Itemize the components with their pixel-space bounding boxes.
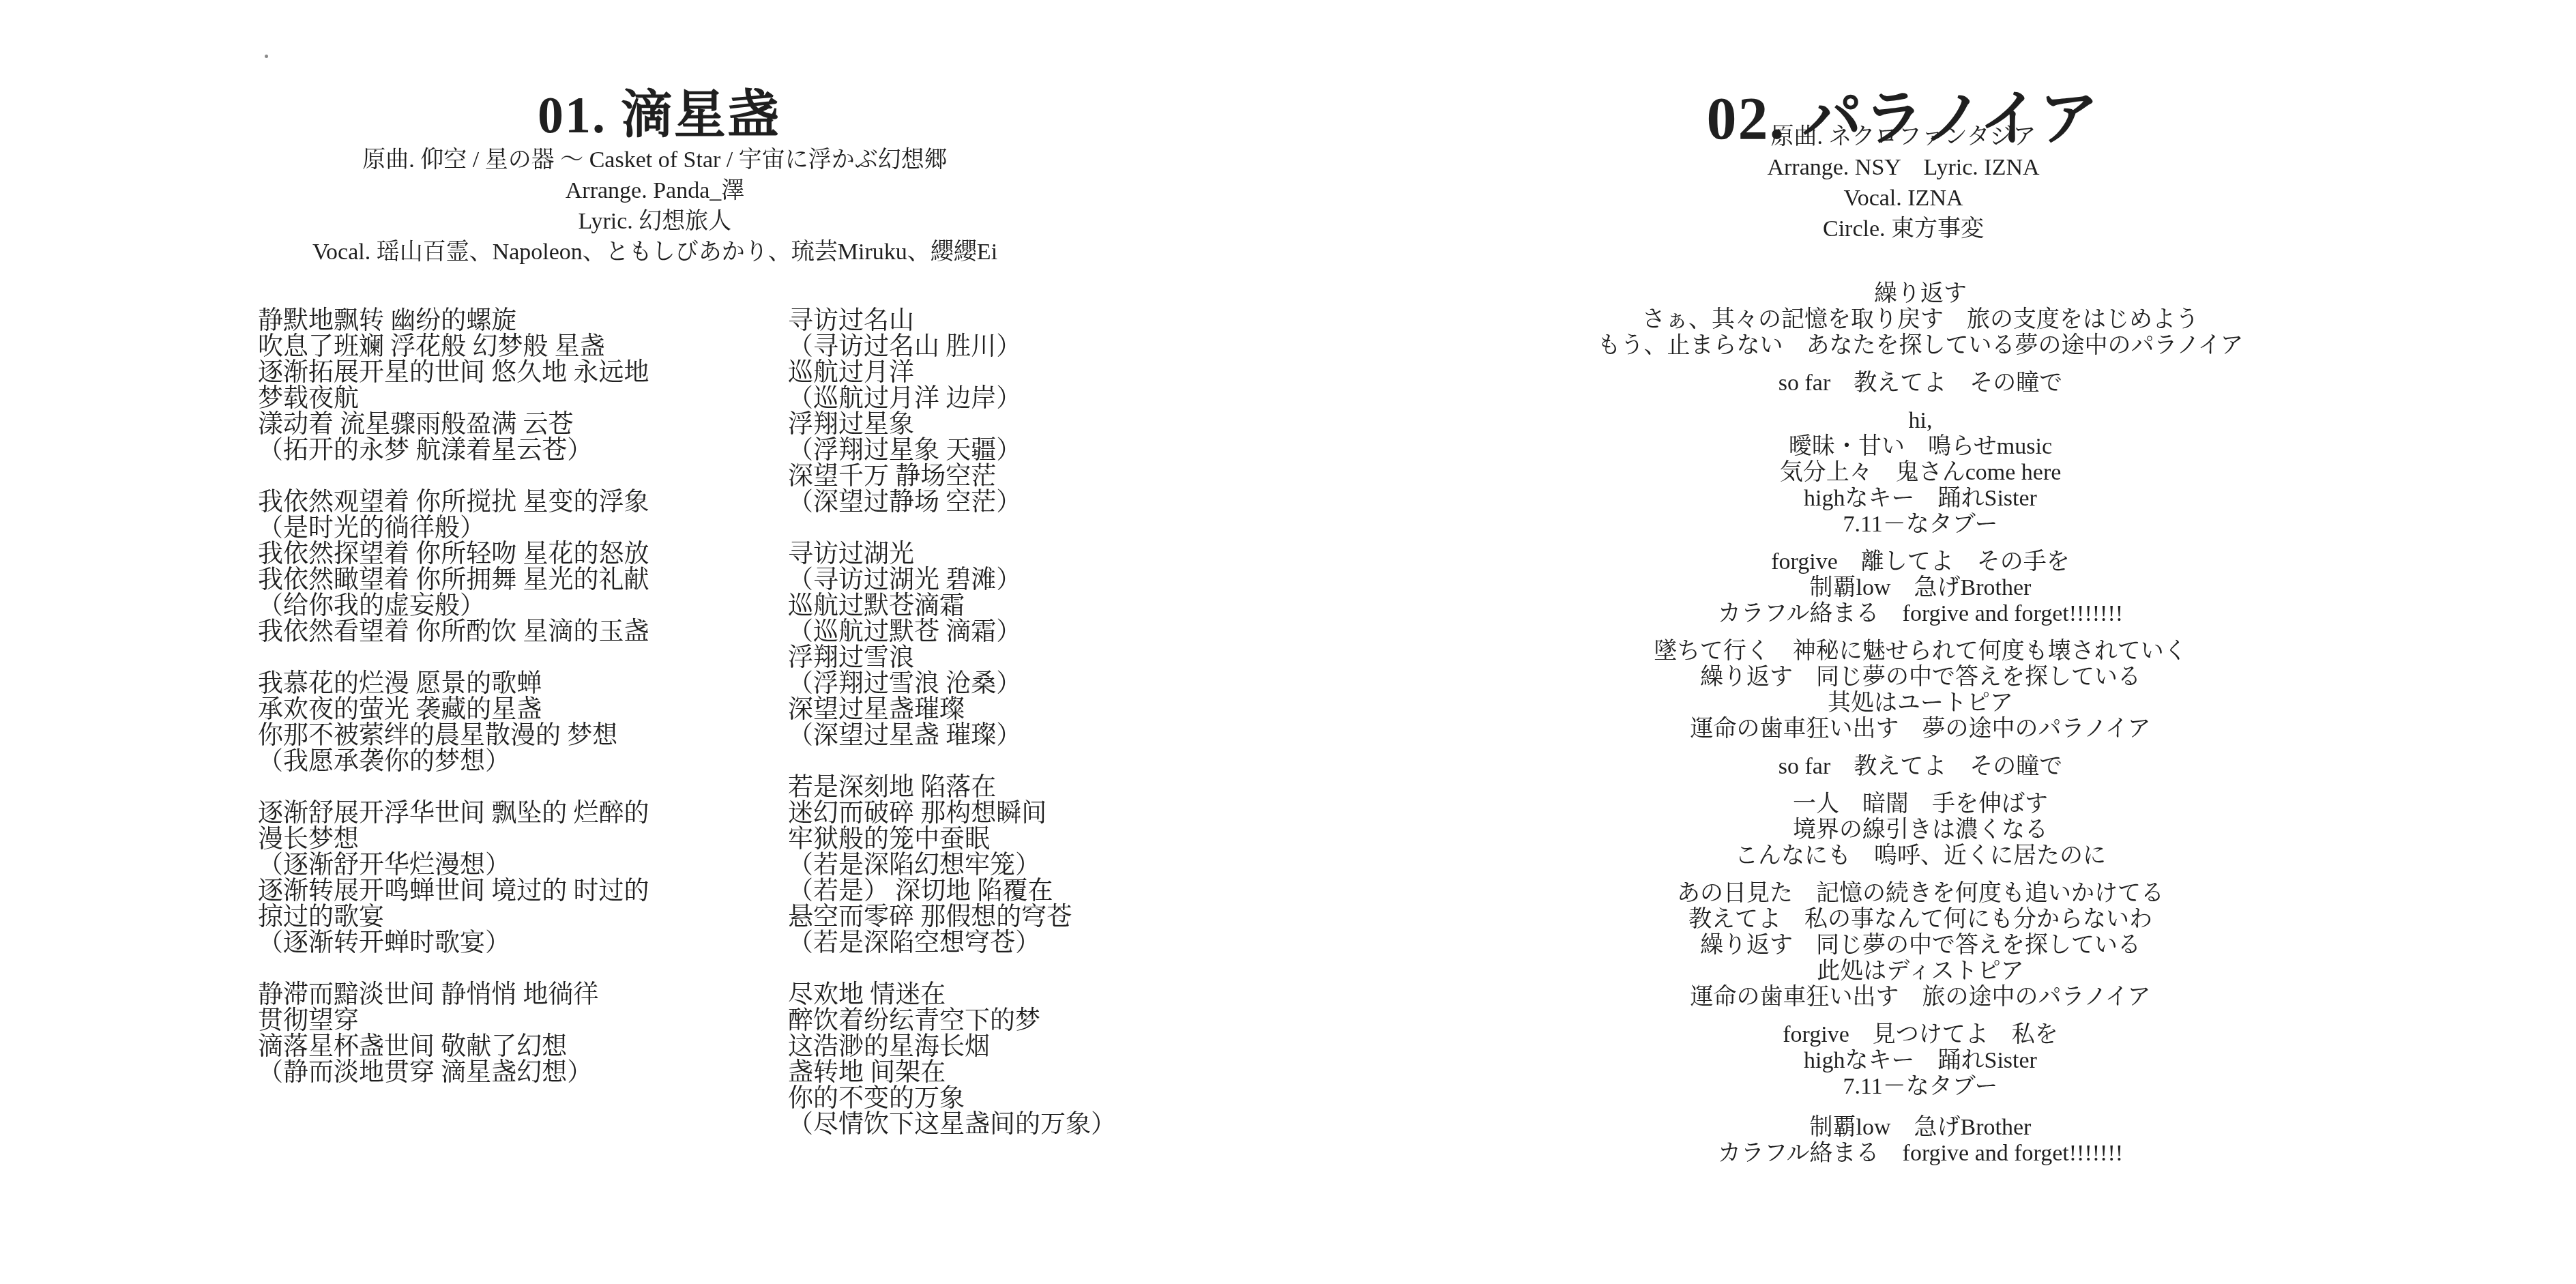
lyric-line: so far 教えてよ その瞳で bbox=[1443, 754, 2398, 780]
lyric-line: （尽情饮下这星盏间的万象） bbox=[788, 1112, 1320, 1138]
lyric-line: （若是深陷空想穹苍） bbox=[788, 931, 1320, 957]
lyric-line: 迷幻而破碎 那构想瞬间 bbox=[788, 801, 1320, 827]
lyric-line: 承欢夜的萤光 袭藏的星盏 bbox=[258, 697, 790, 723]
stanza: 逐渐舒展开浮华世间 飘坠的 烂醉的漫长梦想（逐渐舒开华烂漫想）逐渐转展开鸣蝉世间… bbox=[258, 801, 790, 957]
lyric-line: 滴落星杯盏世间 敬献了幻想 bbox=[258, 1034, 790, 1060]
stanza: hi,曖昧・甘い 鳴らせmusic気分上々 鬼さんcome herehighなキ… bbox=[1443, 408, 2398, 538]
lyric-line: 寻访过名山 bbox=[788, 308, 1320, 334]
lyric-line: （逐渐转开蝉时歌宴） bbox=[258, 931, 790, 957]
lyric-line: 制覇low 急げBrother bbox=[1443, 575, 2398, 601]
lyric-line: （若是深陷幻想牢笼） bbox=[788, 853, 1320, 879]
stanza: 我慕花的烂漫 愿景的歌蝉承欢夜的萤光 袭藏的星盏你那不被萦绊的晨星散漫的 梦想（… bbox=[258, 671, 790, 775]
lyric-line: forgive 離してよ その手を bbox=[1443, 549, 2398, 575]
lyric-line: 梦载夜航 bbox=[258, 386, 790, 412]
stanza: 一人 暗闇 手を伸ばす境界の線引きは濃くなるこんなにも 嗚呼、近くに居たのに bbox=[1443, 791, 2398, 869]
lyric-line: （给你我的虚妄般） bbox=[258, 594, 790, 619]
credit-line: 原曲. ネクロファンタジア bbox=[1426, 121, 2381, 152]
lyric-line: 深望千万 静场空茫 bbox=[788, 464, 1320, 490]
lyrics-booklet-page: 01. 滴星盏 原曲. 仰空 / 星の器 ～ Casket of Star / … bbox=[0, 0, 2576, 1284]
lyric-line: （巡航过默苍 滴霜） bbox=[788, 619, 1320, 645]
lyric-line: 逐渐转展开鸣蝉世间 境过的 时过的 bbox=[258, 879, 790, 905]
lyric-line: 我依然瞰望着 你所拥舞 星光的礼献 bbox=[258, 568, 790, 594]
lyric-line: 巡航过默苍滴霜 bbox=[788, 594, 1320, 619]
lyric-line: 若是深刻地 陷落在 bbox=[788, 775, 1320, 801]
lyric-line: 気分上々 鬼さんcome here bbox=[1443, 460, 2398, 486]
lyric-line: 我依然看望着 你所酌饮 星滴的玉盏 bbox=[258, 619, 790, 645]
lyric-line: 醉饮着纷纭青空下的梦 bbox=[788, 1008, 1320, 1034]
lyric-line: 我依然观望着 你所搅扰 星变的浮象 bbox=[258, 490, 790, 516]
lyric-line: 繰り返す bbox=[1443, 281, 2398, 307]
stanza: 寻访过湖光（寻访过湖光 碧滩）巡航过默苍滴霜（巡航过默苍 滴霜）浮翔过雪浪（浮翔… bbox=[788, 542, 1320, 749]
stanza: 若是深刻地 陷落在迷幻而破碎 那构想瞬间牢狱般的笼中蚕眠（若是深陷幻想牢笼）（若… bbox=[788, 775, 1320, 957]
credit-line: Arrange. Panda_澤 bbox=[41, 175, 1269, 206]
lyric-line: 一人 暗闇 手を伸ばす bbox=[1443, 791, 2398, 817]
lyric-line: （静而淡地贯穿 滴星盏幻想） bbox=[258, 1060, 790, 1086]
lyric-line: こんなにも 嗚呼、近くに居たのに bbox=[1443, 843, 2398, 869]
lyric-line: 墜ちて行く 神秘に魅せられて何度も壊されていく bbox=[1443, 639, 2398, 665]
credit-line: Lyric. 幻想旅人 bbox=[41, 206, 1269, 237]
lyric-line: 其処はユートピア bbox=[1443, 690, 2398, 716]
lyric-line: 静默地飘转 幽纷的螺旋 bbox=[258, 308, 790, 334]
stanza: 静滞而黯淡世间 静悄悄 地徜徉贯彻望穿滴落星杯盏世间 敬献了幻想（静而淡地贯穿 … bbox=[258, 982, 790, 1086]
lyric-line: 運命の歯車狂い出す 旅の途中のパラノイア bbox=[1443, 984, 2398, 1010]
lyric-line: （逐渐舒开华烂漫想） bbox=[258, 853, 790, 879]
lyric-line: （是时光的徜徉般） bbox=[258, 516, 790, 542]
lyric-line: （深望过静场 空茫） bbox=[788, 490, 1320, 516]
lyric-line: カラフル絡まる forgive and forget!!!!!!! bbox=[1443, 601, 2398, 627]
stanza: 我依然观望着 你所搅扰 星变的浮象（是时光的徜徉般）我依然探望着 你所轻吻 星花… bbox=[258, 490, 790, 645]
credit-line: 原曲. 仰空 / 星の器 ～ Casket of Star / 宇宙に浮かぶ幻想… bbox=[41, 145, 1269, 175]
lyric-line: 这浩渺的星海长烟 bbox=[788, 1034, 1320, 1060]
lyric-line: （寻访过湖光 碧滩） bbox=[788, 568, 1320, 594]
lyric-line: （拓开的永梦 航漾着星云苍） bbox=[258, 438, 790, 464]
lyric-line: （巡航过月洋 边岸） bbox=[788, 386, 1320, 412]
lyric-line: 漫长梦想 bbox=[258, 827, 790, 853]
stanza: 尽欢地 情迷在醉饮着纷纭青空下的梦这浩渺的星海长烟盏转地 间架在你的不变的万象（… bbox=[788, 982, 1320, 1138]
stanza: 制覇low 急げBrotherカラフル絡まる forgive and forge… bbox=[1443, 1115, 2398, 1167]
stanza: 静默地飘转 幽纷的螺旋吹息了班斓 浮花般 幻梦般 星盏逐渐拓展开星的世间 悠久地… bbox=[258, 308, 790, 464]
lyric-line: （浮翔过雪浪 沧桑） bbox=[788, 671, 1320, 697]
lyric-line: カラフル絡まる forgive and forget!!!!!!! bbox=[1443, 1141, 2398, 1167]
lyric-line: 曖昧・甘い 鳴らせmusic bbox=[1443, 434, 2398, 460]
lyric-line: （深望过星盏 璀璨） bbox=[788, 723, 1320, 749]
credit-line: Vocal. IZNA bbox=[1426, 183, 2381, 214]
stanza: forgive 見つけてよ 私をhighなキー 踊れSister7.11－なタブ… bbox=[1443, 1022, 2398, 1100]
lyric-line: 尽欢地 情迷在 bbox=[788, 982, 1320, 1008]
stanza: あの日見た 記憶の続きを何度も追いかけてる教えてよ 私の事なんて何にも分からない… bbox=[1443, 881, 2398, 1010]
lyric-line: もう、止まらない あなたを探している夢の途中のパラノイア bbox=[1443, 333, 2398, 359]
lyric-line: highなキー 踊れSister bbox=[1443, 1048, 2398, 1074]
lyric-line: 境界の線引きは濃くなる bbox=[1443, 817, 2398, 843]
scan-speck bbox=[265, 55, 268, 58]
stanza: 墜ちて行く 神秘に魅せられて何度も壊されていく繰り返す 同じ夢の中で答えを探して… bbox=[1443, 639, 2398, 742]
lyric-line: 浮翔过雪浪 bbox=[788, 645, 1320, 671]
lyric-line: 運命の歯車狂い出す 夢の途中のパラノイア bbox=[1443, 716, 2398, 742]
lyric-line: 逐渐拓展开星的世间 悠久地 永远地 bbox=[258, 360, 790, 386]
lyric-line: hi, bbox=[1443, 408, 2398, 434]
credit-line: Circle. 東方事変 bbox=[1426, 214, 2381, 244]
lyric-line: so far 教えてよ その瞳で bbox=[1443, 370, 2398, 396]
lyric-line: 你那不被萦绊的晨星散漫的 梦想 bbox=[258, 723, 790, 749]
lyric-line: （浮翔过星象 天疆） bbox=[788, 438, 1320, 464]
lyric-line: 我依然探望着 你所轻吻 星花的怒放 bbox=[258, 542, 790, 568]
song-01-lyrics-column-left: 静默地飘转 幽纷的螺旋吹息了班斓 浮花般 幻梦般 星盏逐渐拓展开星的世间 悠久地… bbox=[258, 308, 790, 1112]
lyric-line: 教えてよ 私の事なんて何にも分からないわ bbox=[1443, 907, 2398, 933]
credit-line: Vocal. 瑶山百霊、Napoleon、ともしびあかり、琉芸Miruku、纓纓… bbox=[41, 237, 1269, 267]
lyric-line: 7.11－なタブー bbox=[1443, 1074, 2398, 1100]
lyric-line: 繰り返す 同じ夢の中で答えを探している bbox=[1443, 665, 2398, 690]
lyric-line: （寻访过名山 胜川） bbox=[788, 334, 1320, 360]
lyric-line: 吹息了班斓 浮花般 幻梦般 星盏 bbox=[258, 334, 790, 360]
stanza: 繰り返すさぁ、其々の記憶を取り戻す 旅の支度をはじめようもう、止まらない あなた… bbox=[1443, 281, 2398, 359]
lyric-line: 深望过星盏璀璨 bbox=[788, 697, 1320, 723]
lyric-line: さぁ、其々の記憶を取り戻す 旅の支度をはじめよう bbox=[1443, 307, 2398, 333]
stanza: 寻访过名山（寻访过名山 胜川）巡航过月洋（巡航过月洋 边岸）浮翔过星象（浮翔过星… bbox=[788, 308, 1320, 516]
lyric-line: 漾动着 流星骤雨般盈满 云苍 bbox=[258, 412, 790, 438]
lyric-line: 7.11－なタブー bbox=[1443, 512, 2398, 538]
credit-line: Arrange. NSY Lyric. IZNA bbox=[1426, 152, 2381, 183]
lyric-line: 牢狱般的笼中蚕眠 bbox=[788, 827, 1320, 853]
lyric-line: 巡航过月洋 bbox=[788, 360, 1320, 386]
lyric-line: 你的不变的万象 bbox=[788, 1086, 1320, 1112]
lyric-line: 悬空而零碎 那假想的穹苍 bbox=[788, 905, 1320, 931]
lyric-line: 此処はディストピア bbox=[1443, 959, 2398, 984]
stanza: so far 教えてよ その瞳で bbox=[1443, 754, 2398, 780]
lyric-line: （我愿承袭你的梦想） bbox=[258, 749, 790, 775]
lyric-line: 浮翔过星象 bbox=[788, 412, 1320, 438]
lyric-line: 制覇low 急げBrother bbox=[1443, 1115, 2398, 1141]
lyric-line: （若是） 深切地 陷覆在 bbox=[788, 879, 1320, 905]
lyric-line: forgive 見つけてよ 私を bbox=[1443, 1022, 2398, 1048]
lyric-line: 静滞而黯淡世间 静悄悄 地徜徉 bbox=[258, 982, 790, 1008]
lyric-line: highなキー 踊れSister bbox=[1443, 486, 2398, 512]
lyric-line: 繰り返す 同じ夢の中で答えを探している bbox=[1443, 933, 2398, 959]
lyric-line: 掠过的歌宴 bbox=[258, 905, 790, 931]
song-01-title: 01. 滴星盏 bbox=[45, 73, 1273, 147]
lyric-line: あの日見た 記憶の続きを何度も追いかけてる bbox=[1443, 881, 2398, 907]
song-01-credits: 原曲. 仰空 / 星の器 ～ Casket of Star / 宇宙に浮かぶ幻想… bbox=[41, 145, 1269, 267]
lyric-line: 寻访过湖光 bbox=[788, 542, 1320, 568]
stanza: so far 教えてよ その瞳で bbox=[1443, 370, 2398, 396]
song-01-lyrics-column-right: 寻访过名山（寻访过名山 胜川）巡航过月洋（巡航过月洋 边岸）浮翔过星象（浮翔过星… bbox=[788, 308, 1320, 1164]
lyric-line: 盏转地 间架在 bbox=[788, 1060, 1320, 1086]
song-02-lyrics: 繰り返すさぁ、其々の記憶を取り戻す 旅の支度をはじめようもう、止まらない あなた… bbox=[1443, 281, 2398, 1178]
stanza: forgive 離してよ その手を制覇low 急げBrotherカラフル絡まる … bbox=[1443, 549, 2398, 627]
lyric-line: 贯彻望穿 bbox=[258, 1008, 790, 1034]
lyric-line: 逐渐舒展开浮华世间 飘坠的 烂醉的 bbox=[258, 801, 790, 827]
lyric-line: 我慕花的烂漫 愿景的歌蝉 bbox=[258, 671, 790, 697]
song-02-credits: 原曲. ネクロファンタジアArrange. NSY Lyric. IZNAVoc… bbox=[1426, 121, 2381, 244]
